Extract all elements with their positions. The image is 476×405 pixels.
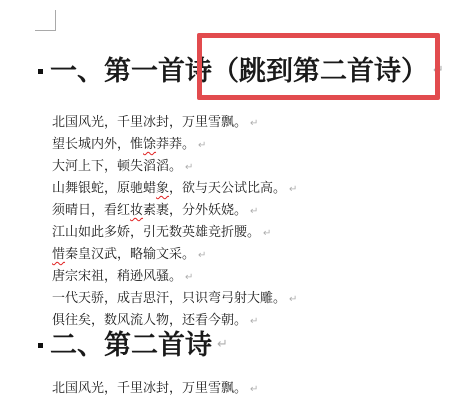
paragraph-mark: ↵ xyxy=(250,384,258,395)
poem-line: 唐宗宋祖，稍逊风骚。↵ xyxy=(52,266,297,288)
heading-first-poem-text: 一、第一首诗 xyxy=(50,52,212,90)
outline-bullet-icon xyxy=(38,343,43,348)
poem-text: ，欲与天公试比高。 xyxy=(169,180,286,195)
poem-line: 大河上下，顿失滔滔。↵ xyxy=(52,156,297,178)
poem-text: 一代天骄，成吉思汗，只识弯弓射大雕。 xyxy=(52,290,286,305)
text-boundary-corner-icon xyxy=(35,10,56,31)
poem-line: 一代天骄，成吉思汗，只识弯弓射大雕。↵ xyxy=(52,288,297,310)
paragraph-mark: ↵ xyxy=(250,118,258,129)
paragraph-mark: ↵ xyxy=(185,272,193,283)
paragraph-mark: ↵ xyxy=(250,316,258,327)
poem-text: 唐宗宋祖，稍逊风骚。 xyxy=(52,268,182,283)
heading-second-poem-text: 二、第二首诗 xyxy=(50,326,212,364)
poem-line: 山舞银蛇，原驰蜡象，欲与天公试比高。↵ xyxy=(52,178,297,200)
poem-text: 莽莽。 xyxy=(156,136,195,151)
poem-text: 俱往矣，数风流人物，还看今朝。 xyxy=(52,312,247,327)
poem-text: 秦皇汉武，略输文采。 xyxy=(65,246,195,261)
misspelled-text: 馀 xyxy=(143,136,156,151)
poem-text: 素裹，分外妖娆。 xyxy=(143,202,247,217)
misspelled-text: 惜 xyxy=(52,246,65,261)
poem-text: 大河上下，顿失滔滔。 xyxy=(52,158,182,173)
poem-line: 江山如此多娇，引无数英雄竞折腰。↵ xyxy=(52,222,297,244)
poem-line: 望长城内外，惟馀莽莽。↵ xyxy=(52,134,297,156)
paragraph-mark: ↵ xyxy=(217,326,228,364)
poem-1-body: 北国风光，千里冰封，万里雪飘。↵望长城内外，惟馀莽莽。↵大河上下，顿失滔滔。↵山… xyxy=(52,112,297,332)
paragraph-mark: ↵ xyxy=(433,52,444,90)
paragraph-mark: ↵ xyxy=(289,294,297,305)
poem-text: 北国风光，千里冰封，万里雪飘。 xyxy=(52,114,247,129)
paragraph-mark: ↵ xyxy=(198,250,206,261)
poem-line: 北国风光，千里冰封，万里雪飘。↵ xyxy=(52,378,258,400)
poem-text: 望长城内外，惟 xyxy=(52,136,143,151)
paragraph-mark: ↵ xyxy=(198,140,206,151)
paragraph-mark: ↵ xyxy=(185,162,193,173)
heading-first-poem: 一、第一首诗 （跳到第二首诗） ↵ xyxy=(38,52,444,90)
outline-bullet-icon xyxy=(38,69,43,74)
poem-text: 山舞银蛇，原驰蜡 xyxy=(52,180,156,195)
poem-2-body: 北国风光，千里冰封，万里雪飘。↵ xyxy=(52,378,258,400)
paragraph-mark: ↵ xyxy=(250,206,258,217)
poem-line: 北国风光，千里冰封，万里雪飘。↵ xyxy=(52,112,297,134)
poem-line: 惜秦皇汉武，略输文采。↵ xyxy=(52,244,297,266)
paragraph-mark: ↵ xyxy=(289,184,297,195)
misspelled-text: 象 xyxy=(156,180,169,195)
word-document-page[interactable]: 一、第一首诗 （跳到第二首诗） ↵ 北国风光，千里冰封，万里雪飘。↵望长城内外，… xyxy=(0,0,476,405)
poem-text: 江山如此多娇，引无数英雄竞折腰。 xyxy=(52,224,260,239)
poem-text: 北国风光，千里冰封，万里雪飘。 xyxy=(52,380,247,395)
poem-line: 须晴日，看红妆素裹，分外妖娆。↵ xyxy=(52,200,297,222)
heading-jump-link[interactable]: （跳到第二首诗） xyxy=(212,52,428,90)
poem-text: 须晴日，看红 xyxy=(52,202,130,217)
misspelled-text: 妆 xyxy=(130,202,143,217)
paragraph-mark: ↵ xyxy=(263,228,271,239)
heading-second-poem: 二、第二首诗 ↵ xyxy=(38,326,228,364)
